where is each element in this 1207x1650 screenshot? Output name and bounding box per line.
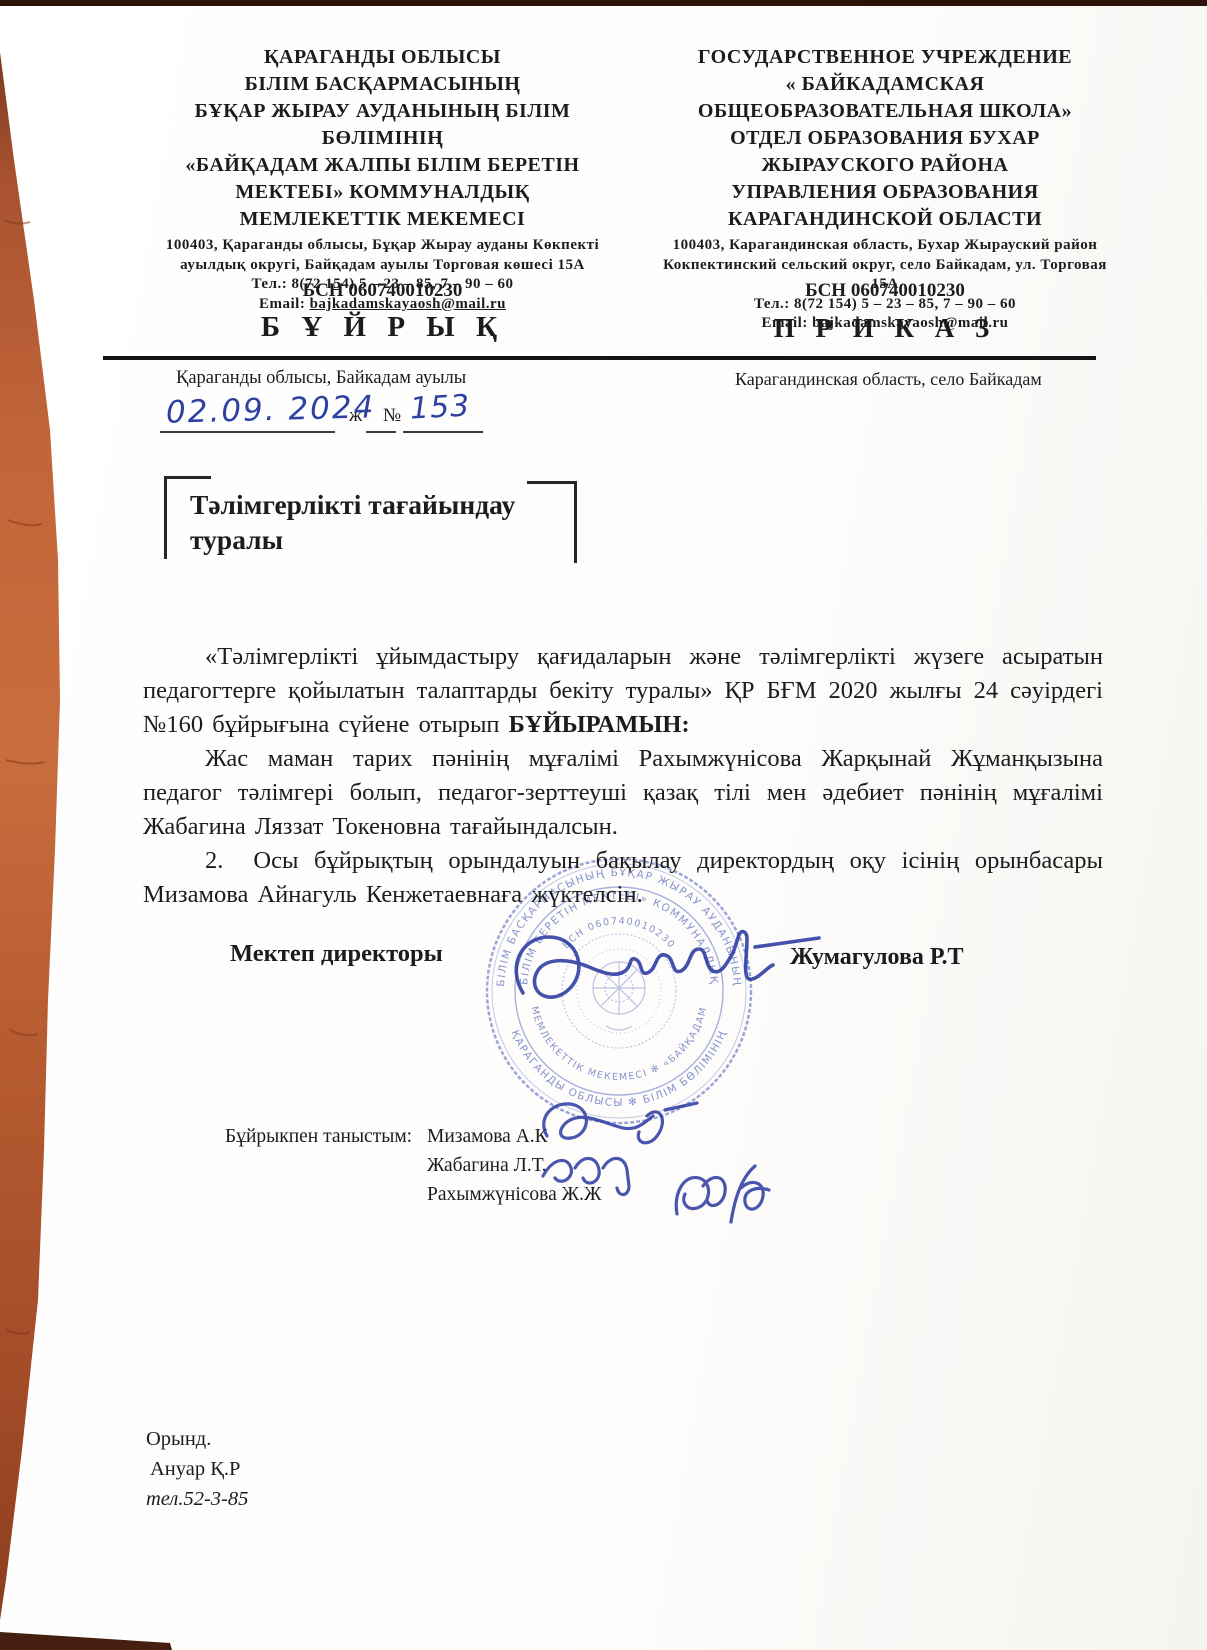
number-sign: № <box>383 405 401 427</box>
item-number: 2. <box>205 847 223 874</box>
address-line: ауылдық округі, Байқадам ауылы Торговая … <box>150 256 615 276</box>
number-underline <box>403 431 483 433</box>
executor-name: Ануар Қ.Р <box>146 1454 248 1484</box>
acquainted-label: Бұйрыкпен таныстым: <box>225 1122 412 1151</box>
org-line: «БАЙҚАДАМ ЖАЛПЫ БІЛІМ БЕРЕТІН <box>150 152 615 179</box>
header-divider-rule <box>103 356 1096 360</box>
org-line: « БАЙКАДАМСКАЯ <box>655 71 1115 98</box>
bsn-number-right: БСН 060740010230 <box>655 280 1115 302</box>
wood-table-edge <box>0 52 60 1620</box>
scanned-document-page: ҚАРАГАНДЫ ОБЛЫСЫ БІЛІМ БАСҚАРМАСЫНЫҢ БҰҚ… <box>0 0 1207 1650</box>
org-line: КАРАГАНДИНСКОЙ ОБЛАСТИ <box>655 206 1115 233</box>
org-line: БӨЛІМІНІҢ <box>150 125 615 152</box>
top-edge-strip <box>0 0 1207 6</box>
resolution-word: БҰЙЫРАМЫН: <box>509 711 690 738</box>
handwritten-date: 02.09. 2024 <box>166 389 376 430</box>
number-underline-short <box>366 431 396 433</box>
org-line: МЕКТЕБІ» КОММУНАЛДЫҚ <box>150 179 615 206</box>
org-line: ЖЫРАУСКОГО РАЙОНА <box>655 152 1115 179</box>
bottom-edge-strip <box>0 1632 172 1650</box>
org-line: ОБЩЕОБРАЗОВАТЕЛЬНАЯ ШКОЛА» <box>655 98 1115 125</box>
place-line-kazakh: Қараганды облысы, Байкадам ауылы <box>176 368 466 389</box>
paragraph-text: Осы бұйрықтың орындалуын бақылау директо… <box>143 847 1103 908</box>
body-paragraph-2: Жас маман тарих пәнінің мұғалімі Рахымжү… <box>143 742 1103 844</box>
subject-title: Тәлімгерлікті тағайындау туралы <box>190 487 530 557</box>
director-role-label: Мектеп директоры <box>230 940 443 968</box>
org-line: БІЛІМ БАСҚАРМАСЫНЫҢ <box>150 71 615 98</box>
bsn-number-left: БСН 060740010230 <box>150 280 615 302</box>
org-line: МЕМЛЕКЕТТІК МЕКЕМЕСІ <box>150 206 615 233</box>
body-paragraph-1: «Тәлімгерлікті ұйымдастыру қағидаларын ж… <box>143 640 1103 742</box>
address-line: 100403, Қараганды облысы, Бұқар Жырау ау… <box>150 236 615 256</box>
acquainted-signatures <box>525 1090 825 1250</box>
subject-line: Тәлімгерлікті тағайындау <box>190 487 530 522</box>
org-line: ОТДЕЛ ОБРАЗОВАНИЯ БУХАР <box>655 125 1115 152</box>
handwritten-order-number: 153 <box>409 388 471 426</box>
org-line: ҚАРАГАНДЫ ОБЛЫСЫ <box>150 44 615 71</box>
org-line: БҰҚАР ЖЫРАУ АУДАНЫНЫҢ БІЛІМ <box>150 98 615 125</box>
order-body-text: «Тәлімгерлікті ұйымдастыру қағидаларын ж… <box>143 640 1103 912</box>
signature-rakhymzhunisova <box>676 1166 769 1222</box>
org-line: ГОСУДАРСТВЕННОЕ УЧРЕЖДЕНИЕ <box>655 44 1115 71</box>
org-address-kazakh: 100403, Қараганды облысы, Бұқар Жырау ау… <box>150 236 615 314</box>
body-paragraph-3: 2.Осы бұйрықтың орындалуын бақылау дирек… <box>143 844 1103 912</box>
org-header-kazakh: ҚАРАГАНДЫ ОБЛЫСЫ БІЛІМ БАСҚАРМАСЫНЫҢ БҰҚ… <box>150 44 615 314</box>
address-line: 100403, Карагандинская область, Бухар Жы… <box>655 236 1115 256</box>
subject-bracket-right <box>527 481 577 563</box>
place-line-russian: Карагандинская область, село Байкадам <box>735 369 1042 390</box>
director-signature <box>505 915 825 1025</box>
subject-line: туралы <box>190 522 530 557</box>
executor-phone: тел.52-3-85 <box>146 1484 248 1514</box>
org-line: УПРАВЛЕНИЯ ОБРАЗОВАНИЯ <box>655 179 1115 206</box>
executor-label: Орынд. <box>146 1424 248 1454</box>
order-title-russian: П Р И К А З <box>655 313 1115 344</box>
date-underline <box>160 431 335 433</box>
order-title-kazakh: Б Ұ Й Р Ы Қ <box>150 311 615 344</box>
signature-zhabagina <box>543 1158 629 1194</box>
signature-mizamova <box>544 1104 663 1143</box>
executor-block: Орынд. Ануар Қ.Р тел.52-3-85 <box>146 1424 248 1514</box>
